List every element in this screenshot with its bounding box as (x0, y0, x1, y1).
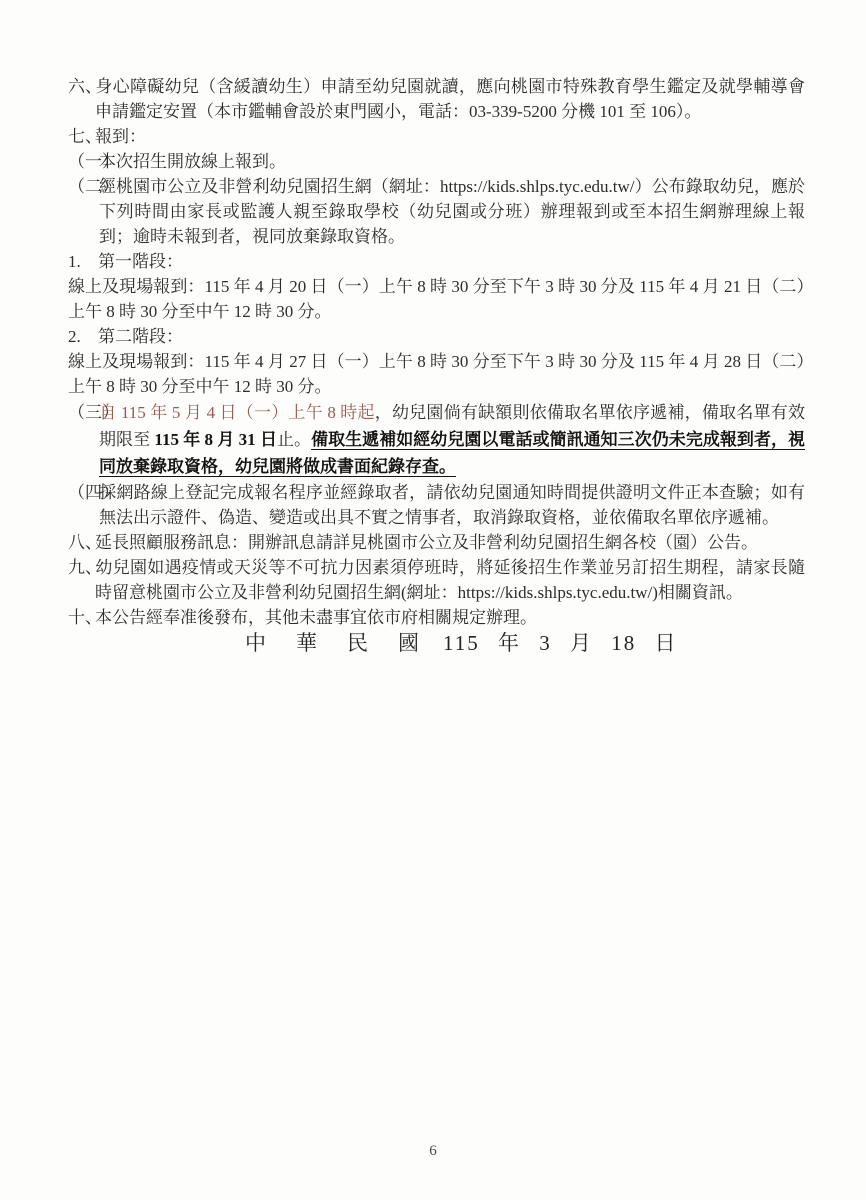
item-7-sub-4-text: 採網路線上登記完成報名程序並經錄取者，請依幼兒園通知時間提供證明文件正本查驗；如… (99, 483, 805, 527)
roc-date-line: 中華民國115 年 3 月 18 日 (68, 630, 805, 656)
stage-1-body: 線上及現場報到：115 年 4 月 20 日（一）上午 8 時 30 分至下午 … (68, 274, 805, 324)
page-number: 6 (0, 1141, 866, 1161)
announcement-body: 六、身心障礙幼兒（含緩讀幼生）申請至幼兒園就讀，應向桃園市特殊教育學生鑑定及就學… (68, 74, 805, 656)
item-6-text: 身心障礙幼兒（含緩讀幼生）申請至幼兒園就讀，應向桃園市特殊教育學生鑑定及就學輔導… (95, 77, 805, 121)
stage-2-body: 線上及現場報到：115 年 4 月 27 日（一）上午 8 時 30 分至下午 … (68, 349, 805, 399)
item-7-marker: 七、 (68, 124, 95, 149)
stage-2-heading: 2.第二階段： (68, 324, 805, 349)
item-7-sub-1: （一）本次招生開放線上報到。 (68, 149, 805, 174)
roc-date-value: 115 年 3 月 18 日 (443, 631, 677, 655)
waitlist-deadline-date: 115 年 8 月 31 日 (154, 430, 277, 449)
item-8-text: 延長照顧服務訊息：開辦訊息請詳見桃園市公立及非營利幼兒園招生網各校（園）公告。 (95, 533, 758, 552)
stage-2-marker: 2. (68, 324, 98, 349)
roc-era-label: 中華民國 (245, 631, 449, 655)
item-7-sub-2: （二）經桃園市公立及非營利幼兒園招生網（網址：https://kids.shlp… (68, 174, 805, 249)
stage-2-title: 第二階段： (98, 327, 183, 346)
item-7-sub-3-marker: （三） (68, 399, 99, 426)
announcement-page: 六、身心障礙幼兒（含緩讀幼生）申請至幼兒園就讀，應向桃園市特殊教育學生鑑定及就學… (0, 0, 866, 1200)
item-9-marker: 九、 (68, 555, 95, 580)
item-7-sub-1-marker: （一） (68, 149, 99, 174)
item-7-sub-2-marker: （二） (68, 174, 99, 199)
item-7-title: 報到： (95, 127, 146, 146)
item-7-sub-3: （三）自 115 年 5 月 4 日（一）上午 8 時起，幼兒園倘有缺額則依備取… (68, 399, 805, 480)
item-9-text: 幼兒園如遇疫情或天災等不可抗力因素須停班時，將延後招生作業並另訂招生期程，請家長… (95, 558, 805, 602)
item-9: 九、幼兒園如遇疫情或天災等不可抗力因素須停班時，將延後招生作業並另訂招生期程，請… (68, 555, 805, 605)
stage-1-marker: 1. (68, 249, 98, 274)
item-7-sub-4: （四）採網路線上登記完成報名程序並經錄取者，請依幼兒園通知時間提供證明文件正本查… (68, 480, 805, 530)
item-6: 六、身心障礙幼兒（含緩讀幼生）申請至幼兒園就讀，應向桃園市特殊教育學生鑑定及就學… (68, 74, 805, 124)
item-7-sub-3-text-2: 止。 (277, 430, 311, 449)
item-8: 八、延長照顧服務訊息：開辦訊息請詳見桃園市公立及非營利幼兒園招生網各校（園）公告… (68, 530, 805, 555)
item-8-marker: 八、 (68, 530, 95, 555)
item-7-heading: 七、報到： (68, 124, 805, 149)
item-7-sub-1-text: 本次招生開放線上報到。 (99, 152, 286, 171)
stage-1-heading: 1.第一階段： (68, 249, 805, 274)
item-7-sub-2-text: 經桃園市公立及非營利幼兒園招生網（網址：https://kids.shlps.t… (99, 177, 805, 246)
item-10: 十、本公告經奉准後發布，其他未盡事宜依市府相關規定辦理。 (68, 605, 805, 630)
item-10-text: 本公告經奉准後發布，其他未盡事宜依市府相關規定辦理。 (95, 608, 537, 627)
stage-1-title: 第一階段： (98, 252, 183, 271)
item-7-sub-4-marker: （四） (68, 480, 99, 505)
item-6-marker: 六、 (68, 74, 95, 99)
item-10-marker: 十、 (68, 605, 95, 630)
waitlist-start-datetime: 自 115 年 5 月 4 日（一）上午 8 時起 (99, 403, 375, 422)
